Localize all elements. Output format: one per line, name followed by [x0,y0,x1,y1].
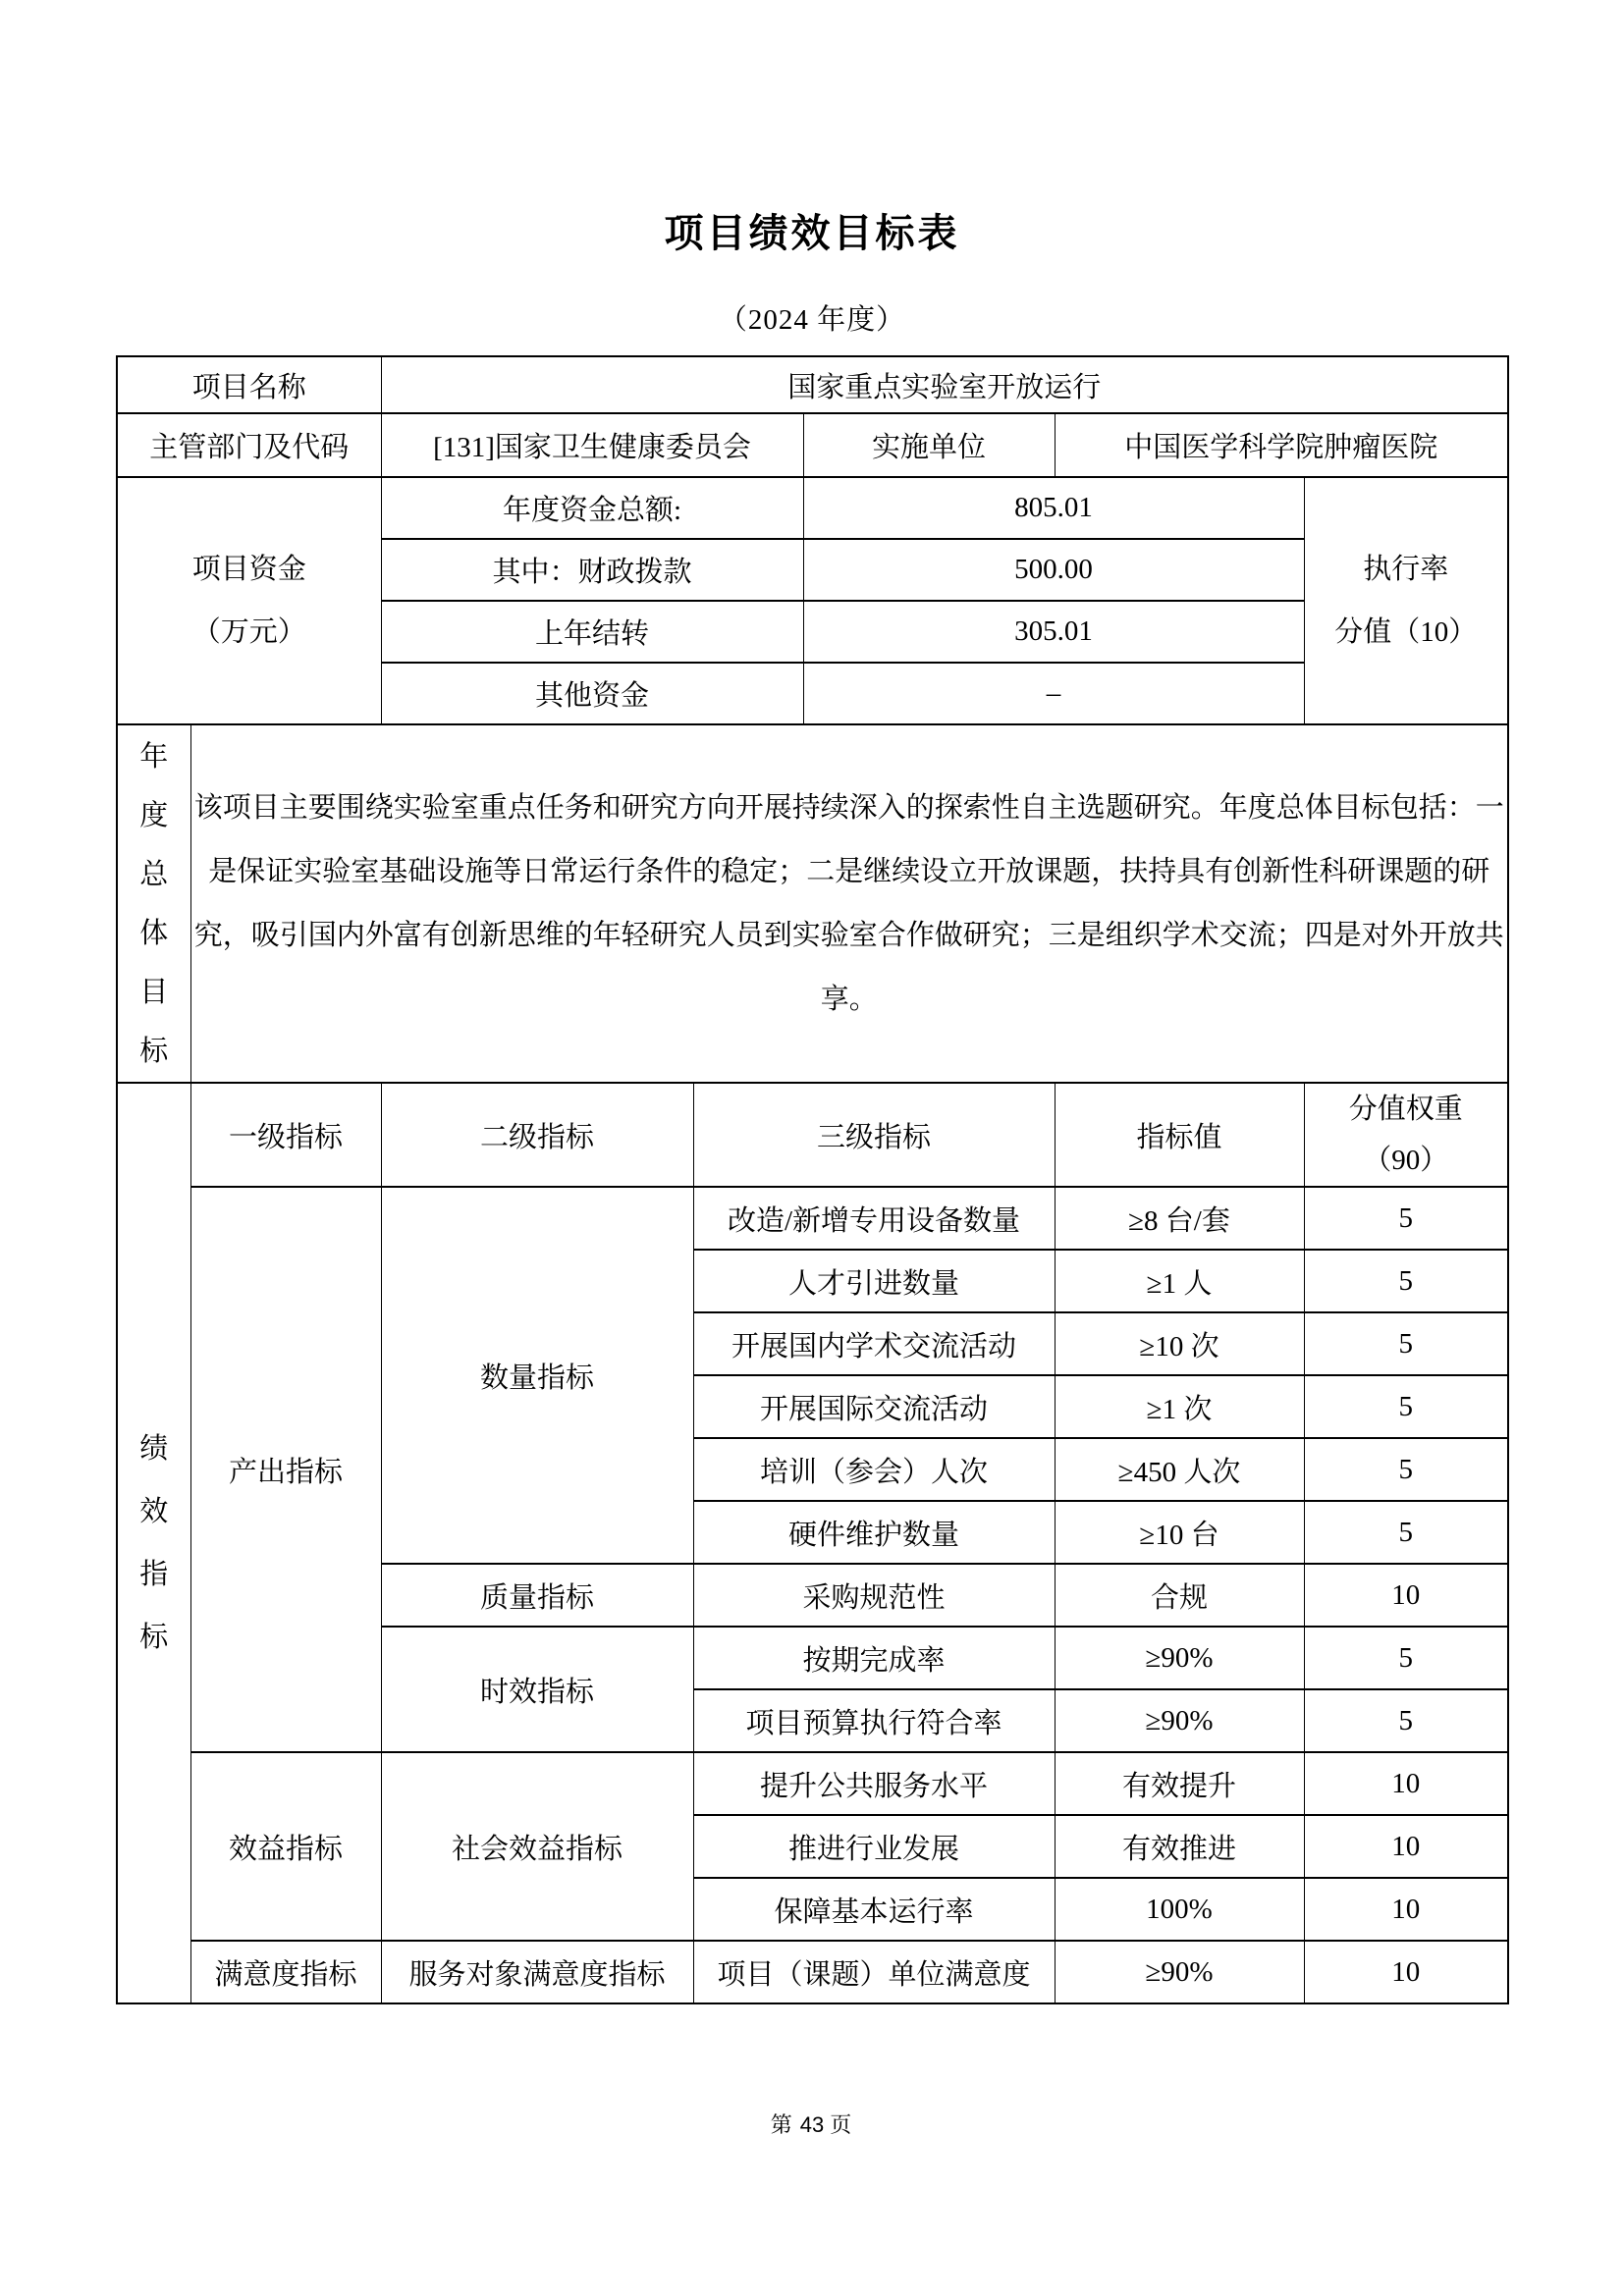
indicator-value-cell: 有效提升 [1055,1752,1304,1815]
funding-other-label-cell: 其他资金 [381,663,803,724]
group-quantity-cell: 数量指标 [381,1187,693,1564]
table-row: 效益指标 社会效益指标 提升公共服务水平 有效提升 10 [117,1752,1508,1815]
indicator-l3-cell: 开展国际交流活动 [693,1375,1055,1438]
indicator-value-cell: ≥10 次 [1055,1312,1304,1375]
indicator-weight-cell: 5 [1304,1250,1508,1312]
side-label-char: 标 [118,1606,190,1669]
document-page: 项目绩效目标表 （2024 年度） 项目名称 国家重点实验室开放运行 主管部门及… [0,0,1624,2296]
indicator-value-cell: ≥90% [1055,1689,1304,1752]
header-weight-line1: 分值权重 [1305,1084,1508,1135]
header-level3-cell: 三级指标 [693,1083,1055,1187]
indicator-l3-cell: 项目预算执行符合率 [693,1689,1055,1752]
indicator-weight-cell: 5 [1304,1627,1508,1689]
table-row: 产出指标 数量指标 改造/新增专用设备数量 ≥8 台/套 5 [117,1187,1508,1250]
funding-other-value-cell: – [803,663,1304,724]
indicator-value-cell: ≥90% [1055,1941,1304,2003]
project-name-label-cell: 项目名称 [117,356,381,413]
exec-rate-line1: 执行率 [1305,538,1508,601]
exec-rate-cell: 执行率 分值（10） [1304,477,1508,724]
annual-goal-label-char: 体 [118,904,190,963]
indicator-l3-cell: 保障基本运行率 [693,1878,1055,1941]
indicator-value-cell: ≥1 次 [1055,1375,1304,1438]
annual-goal-label-char: 标 [118,1022,190,1081]
indicator-l3-cell: 改造/新增专用设备数量 [693,1187,1055,1250]
indicator-l3-cell: 提升公共服务水平 [693,1752,1055,1815]
footer-suffix: 页 [830,2112,853,2137]
group-benefit-cell: 效益指标 [190,1752,381,1941]
funding-carryover-label-cell: 上年结转 [381,601,803,663]
funding-total-value-cell: 805.01 [803,477,1304,539]
indicator-value-cell: 合规 [1055,1564,1304,1627]
indicator-l3-cell: 开展国内学术交流活动 [693,1312,1055,1375]
table-row: 项目资金 （万元） 年度资金总额: 805.01 执行率 分值（10） [117,477,1508,539]
group-quality-cell: 质量指标 [381,1564,693,1627]
page-subtitle: （2024 年度） [0,297,1624,338]
funding-fiscal-value-cell: 500.00 [803,539,1304,601]
indicator-value-cell: 有效推进 [1055,1815,1304,1878]
table-row: 满意度指标 服务对象满意度指标 项目（课题）单位满意度 ≥90% 10 [117,1941,1508,2003]
indicator-weight-cell: 5 [1304,1438,1508,1501]
annual-goal-label-char: 目 [118,963,190,1022]
indicator-value-cell: ≥10 台 [1055,1501,1304,1564]
funding-label-line2: （万元） [118,601,381,664]
performance-target-table: 项目名称 国家重点实验室开放运行 主管部门及代码 [131]国家卫生健康委员会 … [116,355,1509,2004]
annual-goal-label-cell: 年 度 总 体 目 标 [117,724,190,1083]
indicator-weight-cell: 5 [1304,1375,1508,1438]
indicator-weight-cell: 10 [1304,1752,1508,1815]
indicator-l3-cell: 硬件维护数量 [693,1501,1055,1564]
indicator-l3-cell: 培训（参会）人次 [693,1438,1055,1501]
header-value-cell: 指标值 [1055,1083,1304,1187]
indicator-weight-cell: 5 [1304,1501,1508,1564]
annual-goal-text-cell: 该项目主要围绕实验室重点任务和研究方向开展持续深入的探索性自主选题研究。年度总体… [190,724,1508,1083]
group-timeliness-cell: 时效指标 [381,1627,693,1752]
dept-label-cell: 主管部门及代码 [117,413,381,477]
indicator-weight-cell: 5 [1304,1187,1508,1250]
indicator-l3-cell: 推进行业发展 [693,1815,1055,1878]
side-label-char: 效 [118,1480,190,1543]
indicator-l3-cell: 项目（课题）单位满意度 [693,1941,1055,2003]
footer-prefix: 第 [771,2112,794,2137]
header-weight-cell: 分值权重 （90） [1304,1083,1508,1187]
impl-unit-label-cell: 实施单位 [803,413,1055,477]
indicator-value-cell: 100% [1055,1878,1304,1941]
funding-label-line1: 项目资金 [118,538,381,601]
header-weight-line2: （90） [1305,1135,1508,1186]
side-label-char: 绩 [118,1417,190,1480]
impl-unit-value-cell: 中国医学科学院肿瘤医院 [1055,413,1508,477]
footer-page-number: 43 [794,2112,830,2137]
indicator-weight-cell: 10 [1304,1878,1508,1941]
page-title: 项目绩效目标表 [0,210,1624,257]
header-level2-cell: 二级指标 [381,1083,693,1187]
table-row: 年 度 总 体 目 标 该项目主要围绕实验室重点任务和研究方向开展持续深入的探索… [117,724,1508,1083]
funding-fiscal-label-cell: 其中：财政拨款 [381,539,803,601]
table-row: 绩 效 指 标 一级指标 二级指标 三级指标 指标值 分值权重 （90） [117,1083,1508,1187]
group-service-satisfaction-cell: 服务对象满意度指标 [381,1941,693,2003]
funding-total-label-cell: 年度资金总额: [381,477,803,539]
group-satisfaction-cell: 满意度指标 [190,1941,381,2003]
indicator-l3-cell: 按期完成率 [693,1627,1055,1689]
funding-carryover-value-cell: 305.01 [803,601,1304,663]
dept-value-cell: [131]国家卫生健康委员会 [381,413,803,477]
indicator-value-cell: ≥1 人 [1055,1250,1304,1312]
indicator-l3-cell: 人才引进数量 [693,1250,1055,1312]
side-label-char: 指 [118,1543,190,1606]
annual-goal-label-char: 年 [118,727,190,786]
exec-rate-line2: 分值（10） [1305,601,1508,664]
indicator-weight-cell: 10 [1304,1564,1508,1627]
funding-label-cell: 项目资金 （万元） [117,477,381,724]
group-social-benefit-cell: 社会效益指标 [381,1752,693,1941]
annual-goal-label-char: 度 [118,786,190,845]
indicator-value-cell: ≥8 台/套 [1055,1187,1304,1250]
indicator-weight-cell: 10 [1304,1815,1508,1878]
performance-indicator-label-cell: 绩 效 指 标 [117,1083,190,2003]
indicator-weight-cell: 10 [1304,1941,1508,2003]
annual-goal-label-char: 总 [118,845,190,904]
page-footer: 第43页 [0,2109,1624,2139]
table-row: 主管部门及代码 [131]国家卫生健康委员会 实施单位 中国医学科学院肿瘤医院 [117,413,1508,477]
indicator-weight-cell: 5 [1304,1689,1508,1752]
project-name-value-cell: 国家重点实验室开放运行 [381,356,1508,413]
indicator-l3-cell: 采购规范性 [693,1564,1055,1627]
indicator-weight-cell: 5 [1304,1312,1508,1375]
header-level1-cell: 一级指标 [190,1083,381,1187]
indicator-value-cell: ≥90% [1055,1627,1304,1689]
group-output-cell: 产出指标 [190,1187,381,1752]
indicator-value-cell: ≥450 人次 [1055,1438,1304,1501]
table-row: 项目名称 国家重点实验室开放运行 [117,356,1508,413]
